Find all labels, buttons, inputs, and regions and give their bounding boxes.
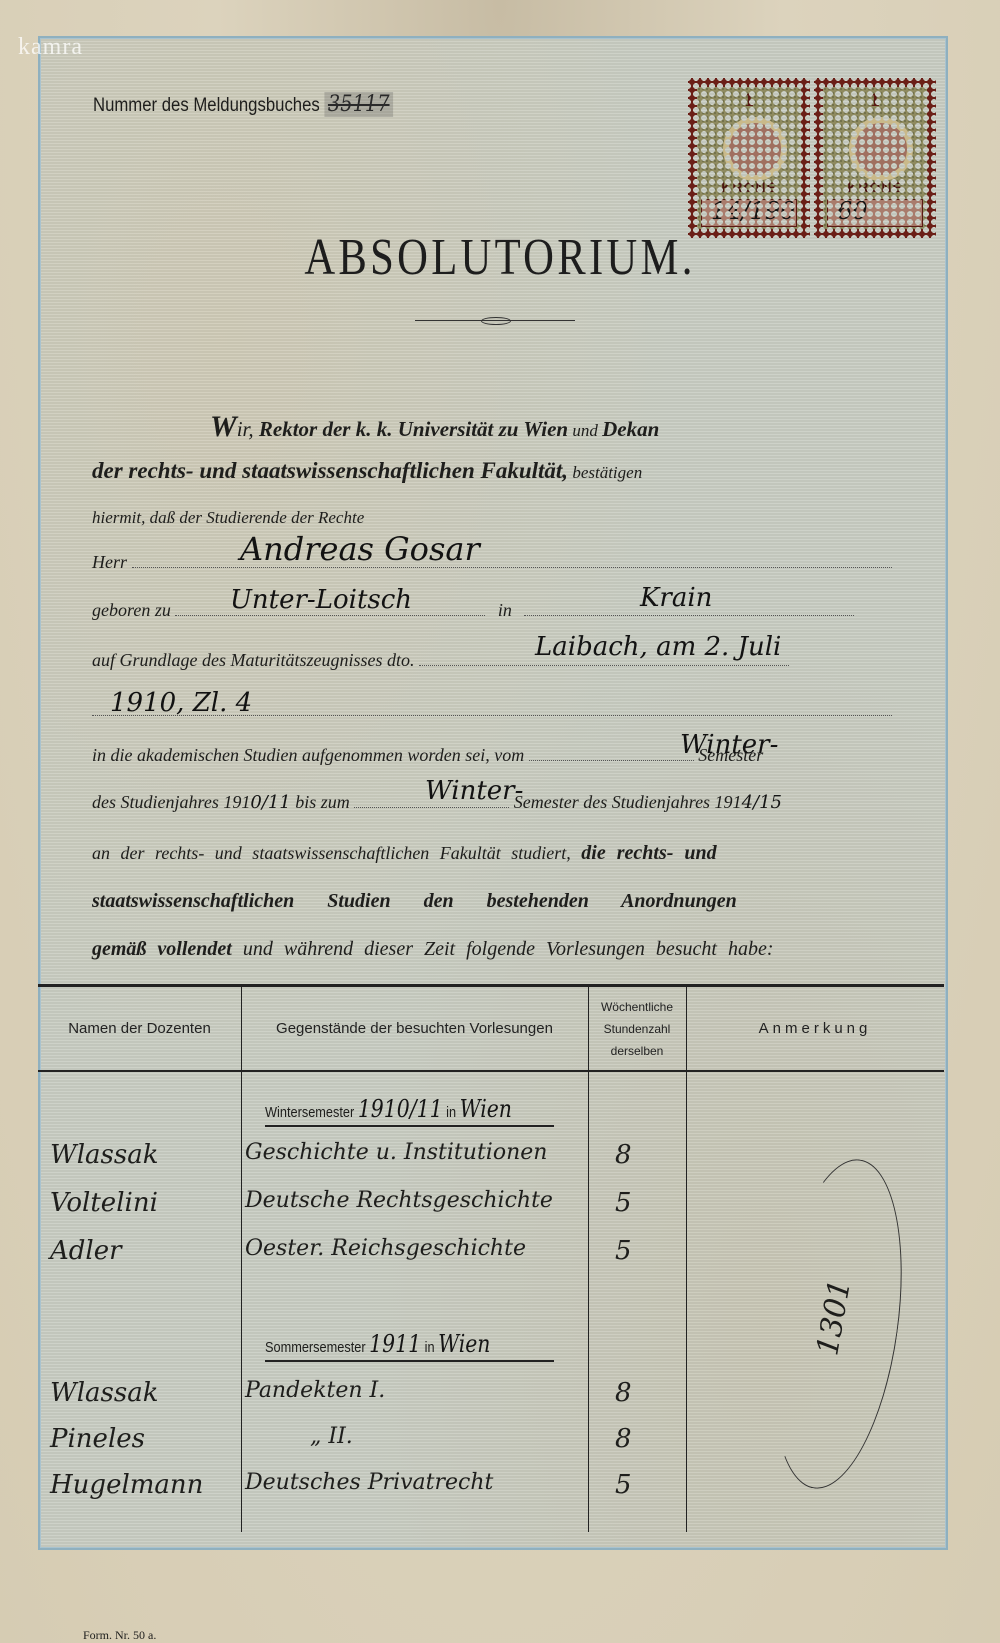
studienjahr-label: des Studienjahres 191 — [92, 792, 250, 812]
dozent-name: Pineles — [50, 1424, 145, 1454]
grundlage-value-2: 1910, Zl. 4 — [110, 688, 252, 718]
header-gegenstaende: Gegenstände der besuchten Vorlesungen — [241, 987, 588, 1070]
text: ir, — [237, 417, 259, 441]
geboren-value: Unter-Loitsch — [230, 585, 412, 615]
stamp-handwriting: 14/190 — [711, 197, 795, 225]
bis-value: Winter- — [425, 776, 523, 806]
hours: 8 — [615, 1424, 632, 1454]
meldungsbuch-line: Nummer des Meldungsbuches 35117 — [93, 92, 393, 117]
aufgenommen-line: in die akademischen Studien aufgenommen … — [92, 745, 763, 766]
semester-des-label: Semester des Studienjahres 191 — [514, 792, 742, 812]
header-dozenten: Namen der Dozenten — [38, 987, 241, 1070]
dozent-name: Voltelini — [50, 1188, 158, 1218]
in-label: in — [425, 1339, 435, 1356]
fakultaet-text: der rechts- und staatswissenschaftlichen… — [92, 458, 568, 483]
studien-line: staatswissenschaftlichen Studien den bes… — [92, 890, 737, 913]
semester-label: Sommersemester — [265, 1339, 366, 1356]
text: an der rechts- und staatswissenschaftlic… — [92, 843, 571, 863]
revenue-stamp-2: 1 KRONE 60 — [814, 78, 936, 238]
geboren-field — [175, 615, 485, 616]
subject: Deutsches Privatrecht — [245, 1470, 493, 1495]
herr-line: Herr — [92, 552, 892, 573]
final-line: gemäß vollendet und während dieser Zeit … — [92, 938, 773, 961]
text: und — [568, 421, 602, 440]
hours: 5 — [615, 1188, 632, 1218]
revenue-stamps: 1 KRONE 14/190 1 KRONE 60 — [688, 78, 936, 238]
stamp-value: 1 — [697, 89, 801, 112]
header-anmerkung: Anmerkung — [686, 987, 944, 1070]
land-field — [524, 615, 854, 616]
stamp-value: 1 — [823, 89, 927, 112]
paragraph-line-1: Wir, Rektor der k. k. Universität zu Wie… — [210, 410, 659, 444]
dozent-name: Hugelmann — [50, 1470, 203, 1500]
stamp-handwriting: 60 — [837, 197, 868, 225]
ornamental-rule — [415, 320, 575, 321]
stamp-currency: KRONE — [823, 179, 927, 195]
in-label: in — [498, 600, 512, 620]
semester-label: Wintersemester — [265, 1104, 354, 1121]
in-label: in — [446, 1104, 456, 1121]
revenue-stamp-1: 1 KRONE 14/190 — [688, 78, 810, 238]
text: gemäß vollendet — [92, 938, 232, 960]
text: die rechts- und — [581, 842, 716, 864]
hours: 8 — [615, 1140, 632, 1170]
land-value: Krain — [640, 583, 712, 613]
semester-heading-sommer: Sommersemester 1911 in Wien — [265, 1330, 554, 1362]
semester-year: 1911 — [369, 1330, 421, 1358]
aufgenommen-value: Winter- — [680, 730, 778, 760]
meldungsbuch-label: Nummer des Meldungsbuches — [93, 95, 320, 116]
hours: 5 — [615, 1470, 632, 1500]
drop-initial: W — [210, 410, 237, 443]
geboren-line: geboren zu in — [92, 600, 854, 621]
semester-place: Wien — [460, 1095, 512, 1123]
geboren-label: geboren zu — [92, 600, 171, 620]
text: Stundenzahl — [604, 1018, 671, 1040]
dozent-name: Wlassak — [50, 1140, 158, 1170]
dozent-name: Adler — [50, 1236, 122, 1266]
semester-year: 1910/11 — [358, 1095, 443, 1123]
end-year-value: 4/15 — [742, 792, 782, 813]
meldungsbuch-number: 35117 — [324, 92, 393, 117]
header-stundenzahl: Wöchentliche Stundenzahl derselben — [588, 987, 686, 1070]
dekan-text: Dekan — [602, 417, 659, 441]
text: Wöchentliche — [601, 996, 673, 1018]
hours: 5 — [615, 1236, 632, 1266]
aufgenommen-field — [529, 760, 694, 761]
text: und während dieser Zeit folgende Vorlesu… — [243, 938, 774, 960]
emperor-portrait-icon — [849, 117, 913, 181]
text: staatswissenschaftlichen Studien den bes… — [92, 890, 737, 912]
subject: Deutsche Rechtsgeschichte — [245, 1188, 553, 1213]
rektor-text: Rektor der k. k. Universität zu Wien — [259, 417, 568, 441]
paragraph-line-2: der rechts- und staatswissenschaftlichen… — [92, 458, 642, 484]
hours: 8 — [615, 1378, 632, 1408]
grundlage-label: auf Grundlage des Maturitätszeugnisses d… — [92, 650, 415, 670]
studienjahr-value: 0/11 — [250, 792, 290, 813]
herr-label: Herr — [92, 552, 127, 572]
grundlage-value: Laibach, am 2. Juli — [535, 632, 781, 662]
subject: Pandekten I. — [245, 1378, 385, 1403]
bis-label: bis zum — [295, 792, 350, 812]
text: derselben — [611, 1040, 664, 1062]
subject: Oester. Reichsgeschichte — [245, 1236, 526, 1261]
bis-field — [354, 807, 509, 808]
stamp-currency: KRONE — [697, 179, 801, 195]
emperor-portrait-icon — [723, 117, 787, 181]
grundlage-field — [419, 665, 789, 666]
form-number: Form. Nr. 50 a. — [83, 1628, 156, 1643]
subject: Geschichte u. Institutionen — [245, 1140, 547, 1165]
table-header-border — [38, 1070, 944, 1072]
aufgenommen-label: in die akademischen Studien aufgenommen … — [92, 745, 524, 765]
paragraph-line-3: hiermit, daß der Studierende der Rechte — [92, 508, 364, 528]
semester-place: Wien — [438, 1330, 490, 1358]
text: bestätigen — [568, 463, 642, 482]
watermark: kamra — [18, 34, 83, 61]
fakultaet-line: an der rechts- und staatswissenschaftlic… — [92, 842, 717, 865]
herr-value: Andreas Gosar — [240, 530, 480, 568]
subject: „ II. — [310, 1424, 353, 1449]
dozent-name: Wlassak — [50, 1378, 158, 1408]
document-title: ABSOLUTORIUM. — [90, 228, 910, 287]
semester-heading-winter: Wintersemester 1910/11 in Wien — [265, 1095, 554, 1127]
